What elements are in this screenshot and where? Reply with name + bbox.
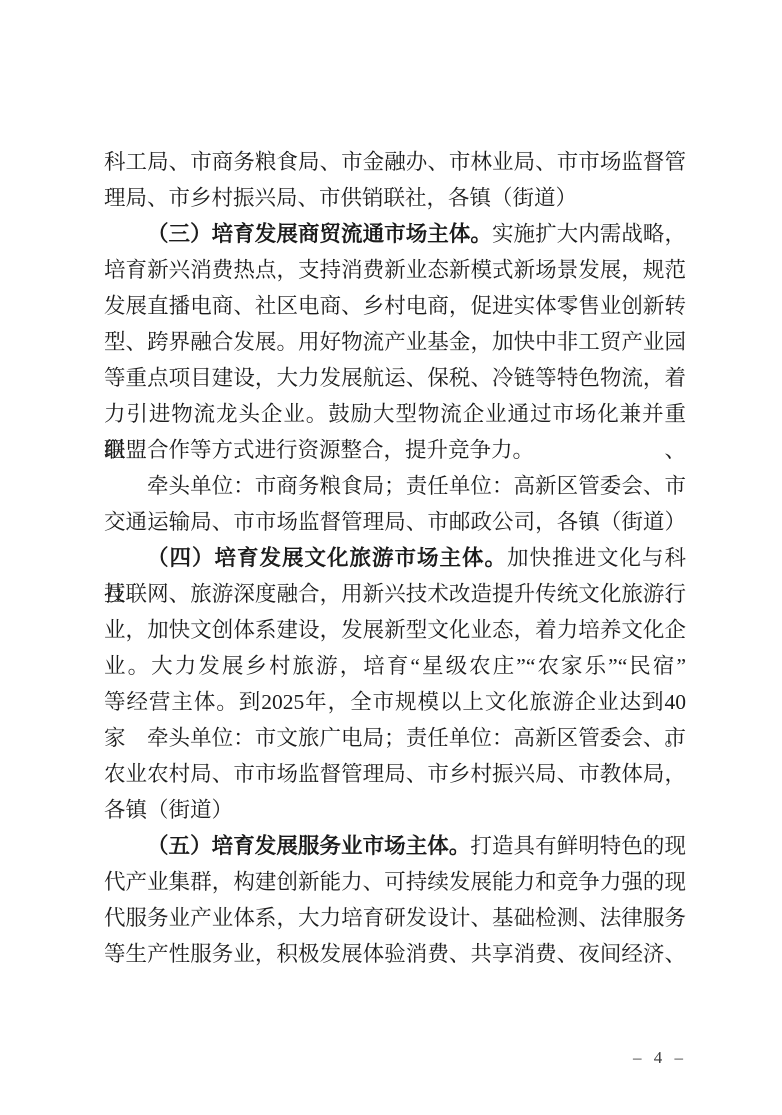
text-segment: 科工局、市商务粮食局、市金融办、市林业局、市市场监督管	[104, 150, 686, 174]
text-block: 科工局、市商务粮食局、市金融办、市林业局、市市场监督管理局、市乡村振兴局、市供销…	[104, 144, 686, 972]
text-line: 各镇（街道）	[104, 792, 686, 828]
text-line: 互联网、旅游深度融合，用新兴技术改造提升传统文化旅游行	[104, 576, 686, 612]
text-line: 牵头单位：市文旅广电局；责任单位：高新区管委会、市	[104, 720, 686, 756]
text-line: 等生产性服务业，积极发展体验消费、共享消费、夜间经济、	[104, 936, 686, 972]
text-segment: 打造具有鲜明特色的现	[470, 834, 686, 858]
text-segment: 等重点项目建设，大力发展航运、保税、冷链等特色物流，着	[104, 366, 686, 390]
text-line: （三）培育发展商贸流通市场主体。实施扩大内需战略，	[104, 216, 686, 252]
heading-segment: （五）培育发展服务业市场主体。	[147, 834, 470, 858]
text-line: 力引进物流龙头企业。鼓励大型物流企业通过市场化兼并重组、	[104, 396, 686, 432]
text-line: 等重点项目建设，大力发展航运、保税、冷链等特色物流，着	[104, 360, 686, 396]
text-line: 等经营主体。到2025年，全市规模以上文化旅游企业达到40家。	[104, 684, 686, 720]
text-segment: 业。大力发展乡村旅游，培育“星级农庄”“农家乐”“民宿”	[104, 654, 686, 678]
text-line: （五）培育发展服务业市场主体。打造具有鲜明特色的现	[104, 828, 686, 864]
text-line: 交通运输局、市市场监督管理局、市邮政公司，各镇（街道）	[104, 504, 686, 540]
text-line: 型、跨界融合发展。用好物流产业基金，加快中非工贸产业园	[104, 324, 686, 360]
text-segment: 各镇（街道）	[104, 798, 233, 822]
text-segment: 发展直播电商、社区电商、乡村电商，促进实体零售业创新转	[104, 294, 686, 318]
text-line: 业。大力发展乡村旅游，培育“星级农庄”“农家乐”“民宿”	[104, 648, 686, 684]
heading-segment: （三）培育发展商贸流通市场主体。	[147, 222, 492, 246]
text-line: （四）培育发展文化旅游市场主体。加快推进文化与科技、	[104, 540, 686, 576]
text-line: 代产业集群，构建创新能力、可持续发展能力和竞争力强的现	[104, 864, 686, 900]
text-line: 科工局、市商务粮食局、市金融办、市林业局、市市场监督管	[104, 144, 686, 180]
text-line: 培育新兴消费热点，支持消费新业态新模式新场景发展，规范	[104, 252, 686, 288]
document-page: 科工局、市商务粮食局、市金融办、市林业局、市市场监督管理局、市乡村振兴局、市供销…	[0, 0, 782, 1115]
text-segment: 牵头单位：市商务粮食局；责任单位：高新区管委会、市	[147, 474, 686, 498]
text-segment: 联盟合作等方式进行资源整合，提升竞争力。	[104, 438, 534, 462]
text-segment: 交通运输局、市市场监督管理局、市邮政公司，各镇（街道）	[104, 510, 686, 534]
text-segment: 农业农村局、市市场监督管理局、市乡村振兴局、市教体局，	[104, 762, 686, 786]
text-line: 农业农村局、市市场监督管理局、市乡村振兴局、市教体局，	[104, 756, 686, 792]
text-segment: 业，加快文创体系建设，发展新型文化业态，着力培养文化企	[104, 618, 686, 642]
text-segment: 牵头单位：市文旅广电局；责任单位：高新区管委会、市	[147, 726, 686, 750]
text-segment: 代产业集群，构建创新能力、可持续发展能力和竞争力强的现	[104, 870, 686, 894]
text-line: 业，加快文创体系建设，发展新型文化业态，着力培养文化企	[104, 612, 686, 648]
text-segment: 代服务业产业体系，大力培育研发设计、基础检测、法律服务	[104, 906, 686, 930]
text-segment: 型、跨界融合发展。用好物流产业基金，加快中非工贸产业园	[104, 330, 686, 354]
text-segment: 实施扩大内需战略，	[492, 222, 686, 246]
text-line: 代服务业产业体系，大力培育研发设计、基础检测、法律服务	[104, 900, 686, 936]
text-segment: 互联网、旅游深度融合，用新兴技术改造提升传统文化旅游行	[104, 582, 686, 606]
text-segment: 培育新兴消费热点，支持消费新业态新模式新场景发展，规范	[104, 258, 686, 282]
text-line: 牵头单位：市商务粮食局；责任单位：高新区管委会、市	[104, 468, 686, 504]
text-line: 理局、市乡村振兴局、市供销联社，各镇（街道）	[104, 180, 686, 216]
text-line: 发展直播电商、社区电商、乡村电商，促进实体零售业创新转	[104, 288, 686, 324]
page-number: – 4 –	[600, 1048, 720, 1068]
text-segment: 理局、市乡村振兴局、市供销联社，各镇（街道）	[104, 186, 577, 210]
heading-segment: （四）培育发展文化旅游市场主体。	[147, 546, 507, 570]
text-segment: 等生产性服务业，积极发展体验消费、共享消费、夜间经济、	[104, 942, 686, 966]
